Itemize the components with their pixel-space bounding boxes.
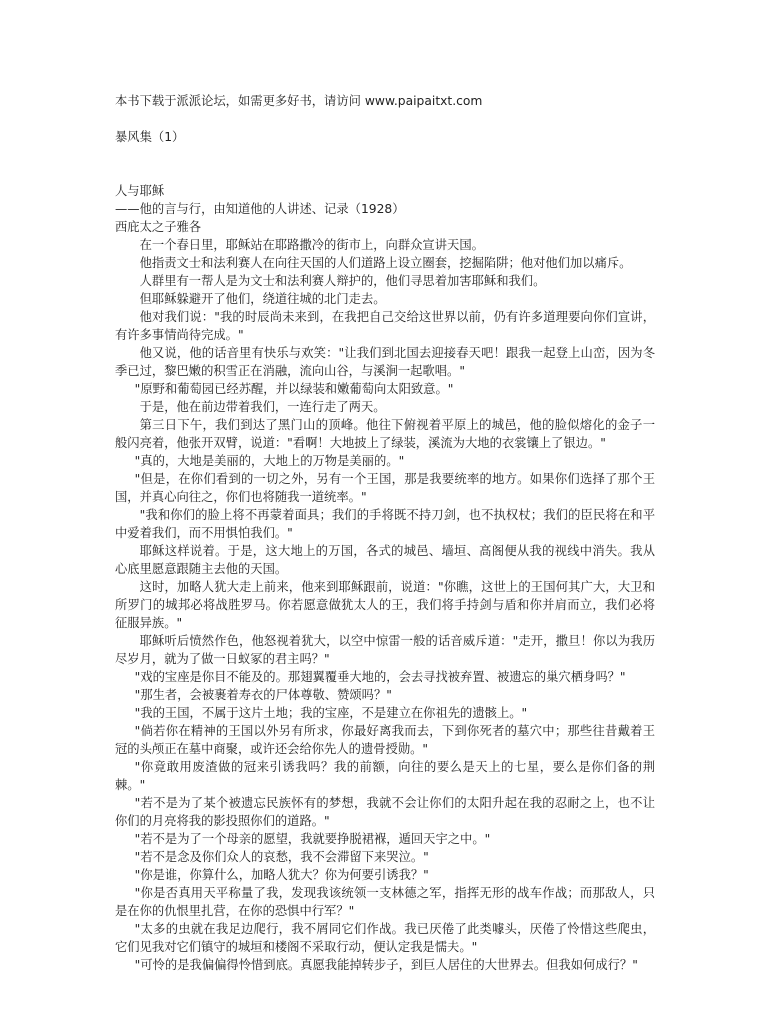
paragraph: 在一个春日里，耶稣站在耶路撒冷的街市上，向群众宣讲天国。 bbox=[115, 236, 655, 254]
paragraph: "那生者，会被裹着寿衣的尸体尊敬、赞颂吗？" bbox=[115, 686, 655, 704]
paragraph: 于是，他在前边带着我们，一连行走了两天。 bbox=[115, 398, 655, 416]
paragraph: "真的，大地是美丽的，大地上的万物是美丽的。" bbox=[115, 452, 655, 470]
paragraph: 但耶稣躲避开了他们，绕道往城的北门走去。 bbox=[115, 290, 655, 308]
document-page: 本书下载于派派论坛，如需更多好书，请访问 www.paipaitxt.com 暴… bbox=[115, 92, 655, 974]
paragraph: 这时，加略人犹大走上前来，他来到耶稣跟前，说道："你瞧，这世上的王国何其广大，大… bbox=[115, 578, 655, 632]
paragraph: "可怜的是我偏偏得怜惜到底。真愿我能掉转步子，到巨人居住的大世界去。但我如何成行… bbox=[115, 956, 655, 974]
paragraph: 第三日下午，我们到达了黑门山的顶峰。他往下俯视着平原上的城邑，他的脸似熔化的金子… bbox=[115, 416, 655, 452]
narrator: 西庇太之子雅各 bbox=[115, 218, 655, 236]
paragraph: "太多的虫就在我足边爬行，我不屑同它们作战。我已厌倦了此类噱头，厌倦了怜惜这些爬… bbox=[115, 920, 655, 956]
paragraph: 人群里有一帮人是为文士和法利赛人辩护的，他们寻思着加害耶稣和我们。 bbox=[115, 272, 655, 290]
paragraph: 耶稣听后愤然作色，他怒视着犹大，以空中惊雷一般的话音威斥道："走开，撒旦！你以为… bbox=[115, 632, 655, 668]
paragraph: "若不是为了一个母亲的愿望，我就要挣脱裙褓，遁回天宇之中。" bbox=[115, 830, 655, 848]
paragraph: "你竟敢用废渣做的冠来引诱我吗？我的前额，向往的要么是天上的七星，要么是你们备的… bbox=[115, 758, 655, 794]
paragraph: "我的王国，不属于这片土地；我的宝座，不是建立在你祖先的遗骸上。" bbox=[115, 704, 655, 722]
paragraph: "戏的宝座是你目不能及的。那翅翼覆垂大地的，会去寻找被弃置、被遗忘的巢穴栖身吗？… bbox=[115, 668, 655, 686]
paragraph: "我和你们的脸上将不再蒙着面具；我们的手将既不持刀剑，也不执权杖；我们的臣民将在… bbox=[115, 506, 655, 542]
paragraph: "倘若你在精神的王国以外另有所求，你最好离我而去，下到你死者的墓穴中；那些往昔戴… bbox=[115, 722, 655, 758]
spacer bbox=[115, 110, 655, 128]
paragraph: "原野和葡萄园已经苏醒，并以绿装和嫩葡萄向太阳致意。" bbox=[115, 380, 655, 398]
chapter-subtitle: ——他的言与行，由知道他的人讲述、记录（1928） bbox=[115, 200, 655, 218]
paragraph: "若不是念及你们众人的哀愁，我不会滞留下来哭泣。" bbox=[115, 848, 655, 866]
paragraph: "若不是为了某个被遗忘民族怀有的梦想，我就不会让你们的太阳升起在我的忍耐之上，也… bbox=[115, 794, 655, 830]
paragraph: 他对我们说："我的时辰尚未来到，在我把自己交给这世界以前，仍有许多道理要向你们宣… bbox=[115, 308, 655, 344]
book-title: 暴风集（1） bbox=[115, 128, 655, 146]
spacer bbox=[115, 146, 655, 182]
paragraph: 他又说，他的话音里有快乐与欢笑："让我们到北国去迎接春天吧！跟我一起登上山峦，因… bbox=[115, 344, 655, 380]
chapter-title: 人与耶稣 bbox=[115, 182, 655, 200]
paragraph: "你是否真用天平称量了我，发现我该统领一支林德之军，指挥无形的战车作战；而那敌人… bbox=[115, 884, 655, 920]
paragraph: 耶稣这样说着。于是，这大地上的万国，各式的城邑、墙垣、高阁便从我的视线中消失。我… bbox=[115, 542, 655, 578]
paragraph: "但是，在你们看到的一切之外，另有一个王国，那是我要统率的地方。如果你们选择了那… bbox=[115, 470, 655, 506]
paragraph: 他指责文士和法利赛人在向往天国的人们道路上设立圈套，挖掘陷阱；他对他们加以痛斥。 bbox=[115, 254, 655, 272]
download-note: 本书下载于派派论坛，如需更多好书，请访问 www.paipaitxt.com bbox=[115, 92, 655, 110]
paragraph: "你是谁，你算什么，加略人犹大？你为何要引诱我？" bbox=[115, 866, 655, 884]
body-text: 在一个春日里，耶稣站在耶路撒冷的街市上，向群众宣讲天国。 他指责文士和法利赛人在… bbox=[115, 236, 655, 974]
